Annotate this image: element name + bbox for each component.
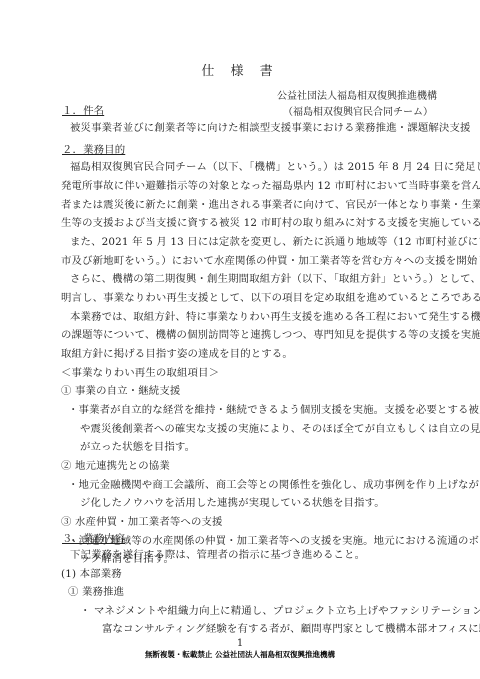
section-1-heading: １．件名 — [62, 104, 104, 118]
section-2-line: また、2021 年 5 月 13 日には定款を変更し、新たに浜通り地域等（12 … — [70, 235, 480, 249]
section-2-line: の課題等について、機構の個別訪問等と連携しつつ、専門知見を提供する等の支援を実施… — [61, 328, 480, 342]
section-3-heading: ３．業務内容 — [62, 532, 125, 546]
initiative-3-title: ③ 水産仲買・加工業者等への支援 — [61, 515, 223, 529]
initiative-2-title: ② 地元連携先との協業 — [61, 459, 170, 473]
section-2-line: 生等の支援および当支援に資する被災 12 市町村の取り組みに対する支援を実施して… — [61, 216, 480, 230]
copyright-footer: 無断複製・転載禁止 公益社団法人福島相双復興推進機構 — [0, 649, 480, 660]
section-2-heading: ２．業務目的 — [62, 143, 125, 157]
section-2-line: 取組方針に掲げる目指す姿の達成を目的とする。 — [61, 347, 293, 361]
section-1-text: 被災事業者並びに創業者等に向けた相談型支援事業における業務推進・課題解決支援 — [70, 121, 471, 135]
subsection-1-title: (1) 本部業務 — [61, 567, 122, 581]
initiative-2-text: ・地元金融機関や商工会議所、商工会等との関係性を強化し、成功事例を作り上げながら… — [68, 478, 480, 492]
document-page: 仕 様 書 公益社団法人福島相双復興推進機構 （福島相双復興官民合同チーム） １… — [0, 0, 480, 679]
issuer-team: （福島相双復興官民合同チーム） — [283, 103, 433, 118]
initiative-1-text: ・事業者が自立的な経営を維持・継続できるよう個別支援を実施。支援を必要とする被災… — [68, 403, 480, 417]
initiative-1-text: や震災後創業者への確実な支援の実施により、そのほぼ全てが自立もしくは自立の見通し — [80, 422, 480, 436]
subsection-1-item-1-text: 富なコンサルティング経験を有する者が、顧問専門家として機構本部オフィスに駐在し、… — [102, 622, 480, 636]
initiative-3-text: ・浜通り地域等の水産関係の仲買・加工業者等への支援を実施。地元における流通のボト… — [68, 534, 480, 548]
section-2-line: 者または震災後に新たに創業・進出される事業者に向けて、官民が一体となり事業・生業… — [61, 198, 480, 212]
subsection-1-item-1-title: ① 業務推進 — [68, 585, 124, 599]
document-title: 仕 様 書 — [0, 60, 480, 79]
section-3-intro: 下記業務を遂行する際は、管理者の指示に基づき進めること。 — [70, 548, 365, 562]
section-2-line: 福島相双復興官民合同チーム（以下、「機構」という。）は 2015 年 8 月 2… — [70, 160, 480, 174]
page-number: 1 — [0, 638, 480, 649]
initiative-1-title: ① 事業の自立・継続支援 — [61, 384, 180, 398]
section-2-line: 市及び新地町をいう。）において水産関係の仲買・加工業者等を営む方々への支援を開始… — [61, 254, 480, 268]
initiative-1-text: が立った状態を目指す。 — [80, 440, 195, 454]
section-2-line: さらに、機構の第二期復興・創生期間取組方針（以下、「取組方針」という。）として、… — [70, 272, 480, 286]
section-2-line: 明言し、事業なりわい再生支援として、以下の項目を定め取組を進めているところである… — [61, 291, 480, 305]
section-2-line: 発電所事故に伴い避難指示等の対象となった福島県内 12 市町村において当時事業を… — [61, 179, 480, 193]
subsection-1-item-1-text: ・ マネジメントや組織力向上に精通し、プロジェクト立ち上げやファシリテーション等… — [80, 604, 480, 618]
section-2-line: 本業務では、取組方針、特に事業なりわい再生支援を進める各工程において発生する機構… — [70, 310, 480, 324]
issuer-org: 公益社団法人福島相双復興推進機構 — [277, 87, 437, 102]
initiative-2-text: ジ化したノウハウを活用した連携が実現している状態を目指す。 — [80, 496, 385, 510]
initiatives-heading: ＜事業なりわい再生の取組項目＞ — [61, 366, 219, 380]
